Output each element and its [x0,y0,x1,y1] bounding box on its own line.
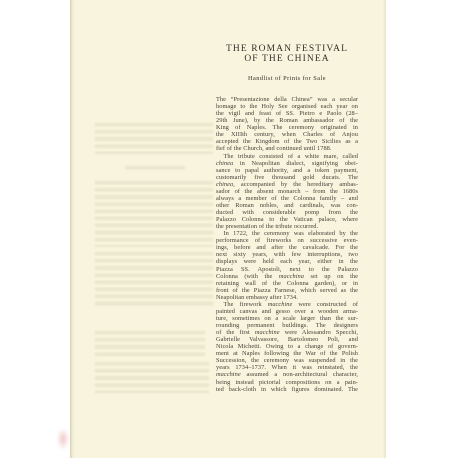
page-left-edge-shadow [70,0,75,458]
text-line: the XIIIth century, when Charles of Anjo… [216,131,358,138]
text-line: The tribute consisted of a white mare, c… [216,153,358,160]
page-title: THE ROMAN FESTIVAL OF THE CHINEA [216,44,358,64]
paragraph: In 1722, the ceremony was elaborated by … [216,230,358,301]
text-line: customarily five thousand gold ducats. T… [216,174,358,181]
paragraph: The “Presentazione della Chinea” was a s… [216,96,358,153]
text-line: In 1722, the ceremony was elaborated by … [216,230,358,237]
text-line: sance to papal authority, and a token pa… [216,167,358,174]
text-line: The “Presentazione della Chinea” was a s… [216,96,358,103]
text-line: ted back-cloth in which figures dominate… [216,386,358,393]
text-line: other Roman nobles, and cardinals, was c… [216,202,358,209]
text-line: retaining wall of the Colonna garden), o… [216,280,358,287]
text-line: being instead pictorial compositions on … [216,379,358,386]
text-line: rounding permanent buildings. The design… [216,322,358,329]
text-line: ture, sometimes on a scale larger than t… [216,315,358,322]
text-line: Palazzo Colonna to the Vatican palace, w… [216,216,358,223]
text-line: macchine assumed a non-architectural cha… [216,371,358,378]
text-line: ings, before and after the cavalcade. Fo… [216,244,358,251]
text-line: The firework macchine were constructed o… [216,301,358,308]
text-line: ment at Naples following the War of the … [216,350,358,357]
text-line: always a member of the Colonna family – … [216,195,358,202]
text-line: painted canvas and gesso over a wooden a… [216,308,358,315]
text-line: Gabrielle Valvassore, Bartolomeo Poli, a… [216,336,358,343]
text-line: 29th June), by the Roman ambassador of t… [216,117,358,124]
text-line: sador of the absent monarch – from the 1… [216,188,358,195]
text-line: performance of fireworks on successive e… [216,237,358,244]
text-column: THE ROMAN FESTIVAL OF THE CHINEA Handlis… [216,0,358,458]
text-line: the vigil and feast of SS. Pietro e Paol… [216,110,358,117]
text-line: ducted with considerable pomp from the [216,209,358,216]
text-line: displays were held each year, either in … [216,258,358,265]
show-through-text-block [95,362,209,393]
show-through-text-block [95,252,213,309]
text-line: Neapolitan embassy after 1734. [216,294,358,301]
text-line: fief of the Church, and continued until … [216,145,358,152]
text-line: of the first macchine were Alessandro Sp… [216,329,358,336]
text-line: accepted the Kingdom of the Two Sicilies… [216,138,358,145]
text-line: front of the Piazza Farnese, which serve… [216,287,358,294]
text-line: the presentation of the tribute occurred… [216,223,358,230]
show-through-text-block [95,123,213,154]
text-line: chinea in Neapolitan dialect, signifying… [216,160,358,167]
text-line: Nicola Michetti. Owing to a change of go… [216,343,358,350]
text-line: Succession, the ceremony was suspended i… [216,357,358,364]
text-line: homage to the Holy See organised each ye… [216,103,358,110]
paragraph: The firework macchine were constructed o… [216,301,358,393]
show-through-heading [125,166,185,173]
text-line: years 1734–1737. When it was reinstated,… [216,364,358,371]
body-text: The “Presentazione della Chinea” was a s… [216,96,358,393]
page-title-line-2: OF THE CHINEA [216,54,358,64]
book-page: THE ROMAN FESTIVAL OF THE CHINEA Handlis… [70,0,386,458]
page-right-edge-shadow [383,0,386,458]
text-line: Piazza SS. Apostoli, next to the Palazzo [216,266,358,273]
text-line: King of Naples. The ceremony originated … [216,124,358,131]
text-line: next sixty years, with few interruptions… [216,251,358,258]
scan-artifact [57,428,69,450]
paragraph: The tribute consisted of a white mare, c… [216,153,358,231]
scanned-book-photo: { "colors": { "page": "#f8f4dd", "title"… [0,0,458,458]
page-subtitle: Handlist of Prints for Sale [216,75,358,82]
show-through-text-block [95,181,213,247]
page-title-line-1: THE ROMAN FESTIVAL [216,44,358,54]
text-line: chinea, accompanied by the hereditary am… [216,181,358,188]
text-line: Colonna (with the macchina set up on the [216,273,358,280]
show-through-text-block [95,331,205,357]
